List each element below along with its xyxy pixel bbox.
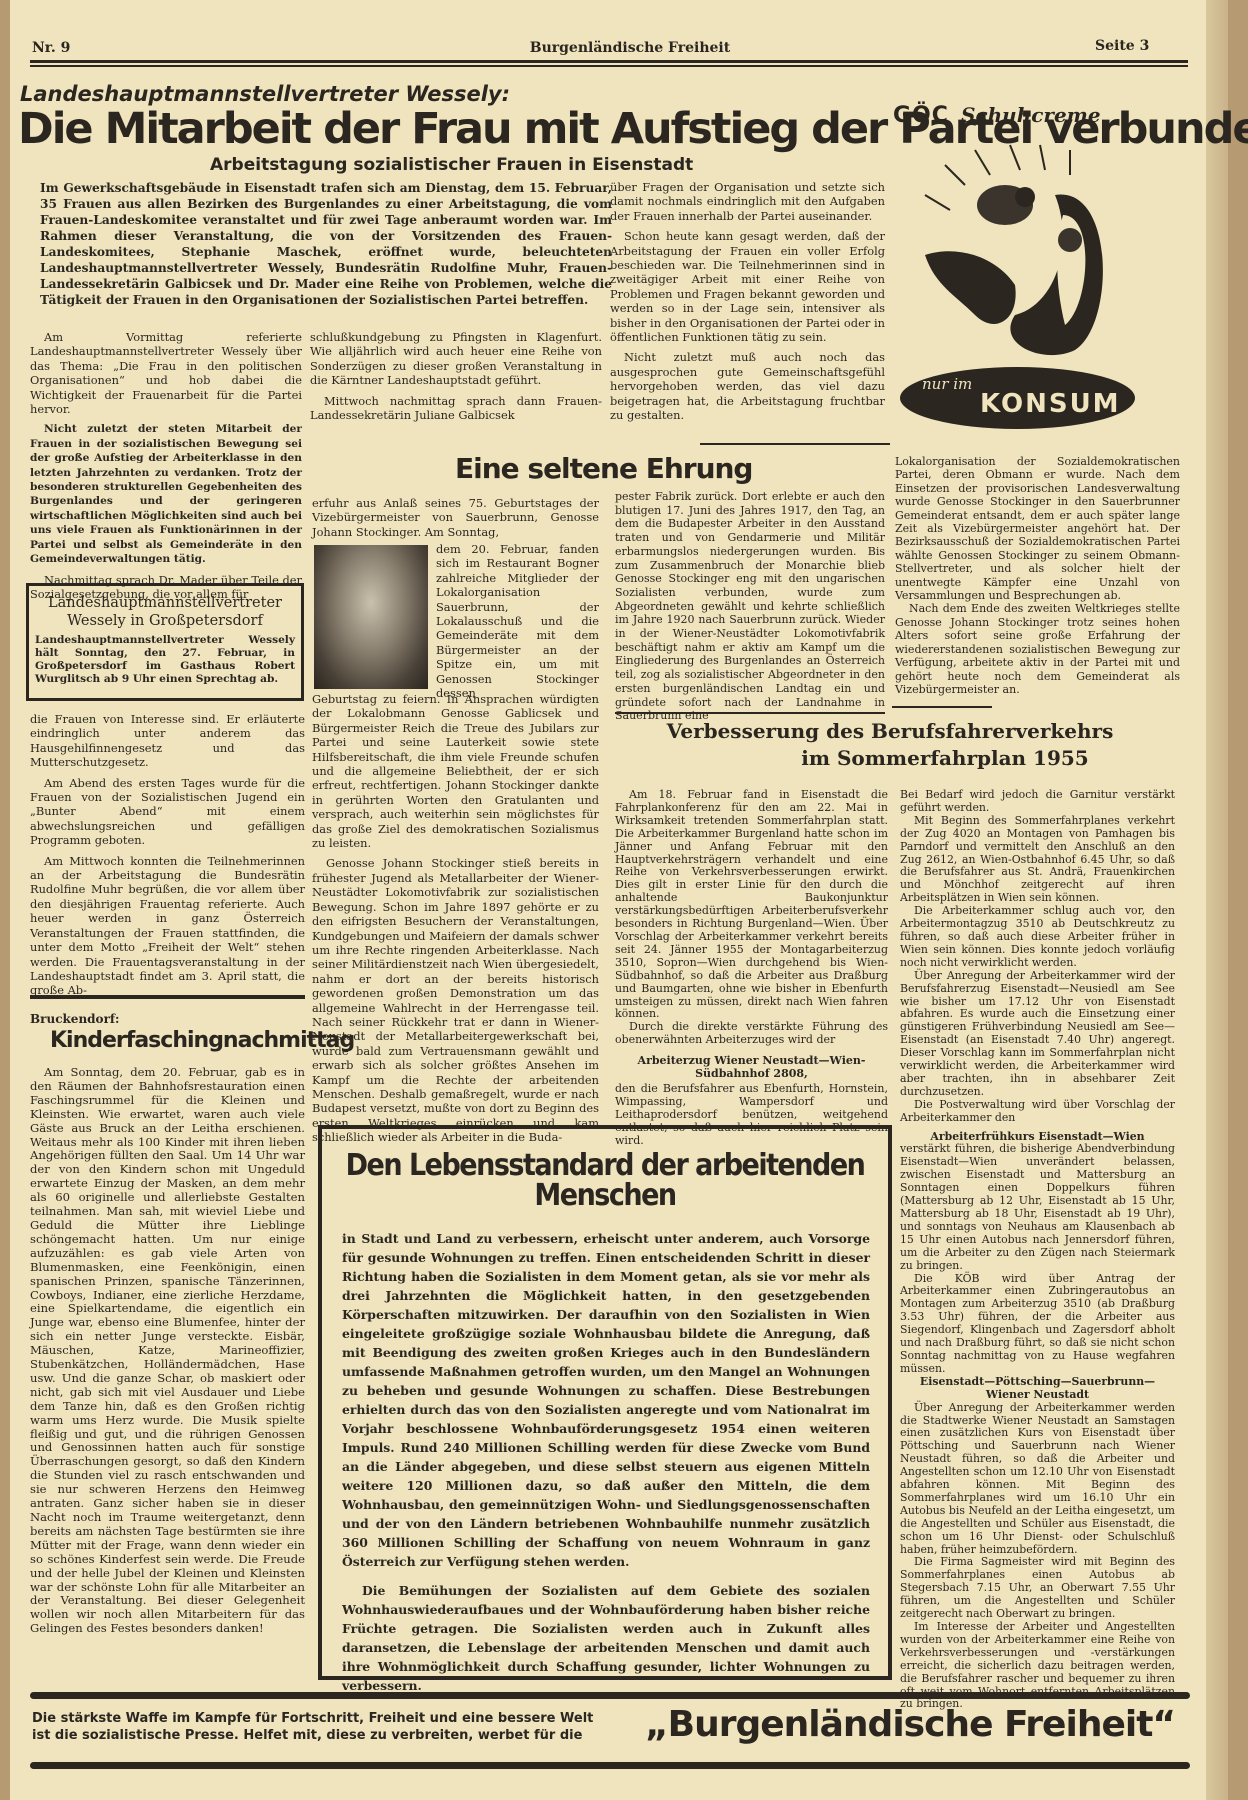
transport-headline: Verbesserung des Berufsfahrerverkehrs im… [610,718,1170,772]
paper-name: Burgenländische Freiheit [500,40,760,56]
masthead-rule [30,60,1188,63]
lead-paragraph: Nicht zuletzt muß auch noch das ausgespr… [610,350,885,422]
lead-paragraph: die Frauen von Interesse sind. Er erläut… [30,712,305,770]
lead-paragraph: Am Abend des ersten Tages wurde für die … [30,776,305,848]
lead-paragraph: Am Vormittag referierte Landeshauptmanns… [30,330,302,416]
honor-headline: Eine seltene Ehrung [455,455,752,483]
lead-col1-continued: die Frauen von Interesse sind. Er erläut… [30,712,305,1004]
notice-body: Landeshauptmannstellvertreter Wessely hä… [35,634,295,686]
ad-sole-banner: nur im KONSUM [900,367,1135,429]
transport-col1: Am 18. Februar fand in Eisenstadt die Fa… [615,789,888,1153]
shoe-bird-illustration-icon [905,135,1125,365]
footer-rule-bottom [30,1762,1190,1769]
portrait-photo [314,545,428,689]
divider [615,712,885,714]
divider [700,443,890,445]
lead-headline: Die Mitarbeit der Frau mit Aufstieg der … [18,108,878,151]
footer-rule-top [30,1692,1190,1699]
footer-brand: „Burgenländische Freiheit“ [645,1707,1175,1743]
newspaper-page: Nr. 9 Burgenländische Freiheit Seite 3 L… [10,0,1228,1800]
honor-paragraph: Nach dem Ende des zweiten Weltkrieges st… [895,602,1180,696]
advertisement: GÖC Schuhcreme nur im KONSUM [885,95,1155,440]
divider [892,706,992,708]
transport-subhead: Eisenstadt—Pöttsching—Sauerbrunn—Wiener … [900,1376,1175,1402]
transport-paragraph: Durch die direkte verstärkte Führung des… [615,1021,888,1047]
honor-wrap-text: dem 20. Februar, fanden sich im Restaura… [436,542,599,700]
housing-paragraph: Die Bemühungen der Sozialisten auf dem G… [342,1581,870,1695]
lead-paragraph: über Fragen der Organisation und setzte … [610,180,885,223]
ad-brand: GÖC [893,103,949,128]
ad-tagline: nur im [922,375,972,393]
transport-col2: Bei Bedarf wird jedoch die Garnitur vers… [900,789,1175,1711]
honor-paragraph: Genosse Johann Stockinger stieß bereits … [312,856,599,1144]
lead-col1: Am Vormittag referierte Landeshauptmanns… [30,330,302,607]
transport-paragraph: Die KÖB wird über Antrag der Arbeiterkam… [900,1273,1175,1376]
issue-number: Nr. 9 [32,40,70,56]
honor-paragraph: Lokalorganisation der Sozialdemokratisch… [895,455,1180,602]
kinder-body: Am Sonntag, dem 20. Februar, gab es in d… [30,1066,305,1636]
notice-title: Landeshauptmannstellvertreter Wessely in… [35,594,295,630]
transport-paragraph: verstärkt führen, die bisherige Abendver… [900,1143,1175,1272]
transport-paragraph: Bei Bedarf wird jedoch die Garnitur vers… [900,789,1175,815]
ad-store: KONSUM [980,389,1121,419]
footer-slogan-line1: Die stärkste Waffe im Kampfe für Fortsch… [32,1710,642,1727]
page-number: Seite 3 [1095,38,1149,54]
housing-paragraph: in Stadt und Land zu verbessern, erheisc… [342,1229,870,1571]
transport-headline-line2: im Sommerfahrplan 1955 [610,745,1170,772]
lead-paragraph: schlußkundgebung zu Pfingsten in Klagenf… [310,330,602,388]
ad-product: Schuhcreme [961,103,1101,127]
transport-paragraph: Die Firma Sagmeister wird mit Beginn des… [900,1556,1175,1621]
kinder-headline: Kinderfaschingnachmittag [50,1030,354,1052]
notice-box: Landeshauptmannstellvertreter Wessely in… [26,583,304,701]
footer-slogan: Die stärkste Waffe im Kampfe für Fortsch… [32,1710,642,1744]
transport-paragraph: Über Anregung der Arbeiterkammer werden … [900,1402,1175,1557]
honor-col1: Geburtstag zu feiern. In Ansprachen würd… [312,692,599,1151]
housing-body: in Stadt und Land zu verbessern, erheisc… [342,1229,870,1695]
lead-paragraph: Schon heute kann gesagt werden, daß der … [610,229,885,344]
transport-subhead: Arbeiterzug Wiener Neustadt—Wien-Südbahn… [615,1055,888,1081]
transport-paragraph: Die Postverwaltung wird über Vorschlag d… [900,1099,1175,1125]
transport-paragraph: Über Anregung der Arbeiterkammer wird de… [900,970,1175,1099]
lead-subhead: Arbeitstagung sozialistischer Frauen in … [210,155,693,175]
lead-col2: schlußkundgebung zu Pfingsten in Klagenf… [310,330,602,428]
honor-paragraph: Geburtstag zu feiern. In Ansprachen würd… [312,692,599,850]
kinder-dateline: Bruckendorf: [30,1012,119,1026]
lead-paragraph: Am Mittwoch konnten die Teilnehmerinnen … [30,854,305,998]
lead-col3: über Fragen der Organisation und setzte … [610,180,885,429]
honor-col3: Lokalorganisation der Sozialdemokratisch… [895,455,1180,702]
transport-paragraph: Am 18. Februar fand in Eisenstadt die Fa… [615,789,888,1021]
footer-slogan-line2: ist die sozialistische Presse. Helfet mi… [32,1727,642,1744]
transport-headline-line1: Verbesserung des Berufsfahrerverkehrs [610,718,1170,745]
transport-paragraph: Die Arbeiterkammer schlug auch vor, den … [900,905,1175,970]
housing-headline: Den Lebensstandard der arbeitenden Mensc… [322,1151,888,1211]
masthead-rule-2 [30,65,1188,67]
divider [30,995,305,999]
page-edge [1206,0,1228,1800]
lead-paragraph-bold: Nicht zuletzt der steten Mitarbeit der F… [30,422,302,566]
transport-paragraph: Mit Beginn des Sommerfahrplanes verkehrt… [900,815,1175,905]
lead-paragraph: Mittwoch nachmittag sprach dann Frauen-L… [310,394,602,423]
lead-kicker: Landeshauptmannstellvertreter Wessely: [20,82,510,106]
lead-intro: Im Gewerkschaftsgebäude in Eisenstadt tr… [40,180,612,308]
honor-intro: erfuhr aus Anlaß seines 75. Geburtstages… [312,496,599,539]
housing-box: Den Lebensstandard der arbeitenden Mensc… [318,1125,892,1680]
honor-col2: pester Fabrik zurück. Dort erlebte er au… [615,490,885,723]
